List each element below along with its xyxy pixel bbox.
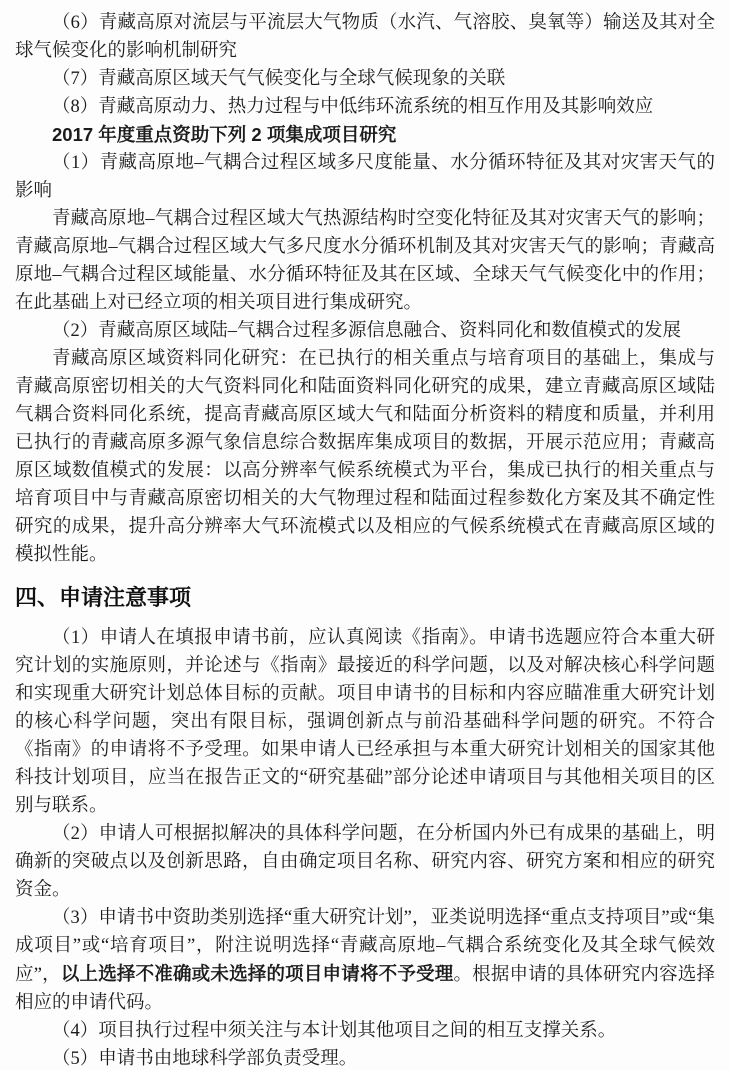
note-paragraph-5: （5）申请书由地球科学部负责受理。 [15,1045,715,1070]
integration-item-1-body: 青藏高原地–气耦合过程区域大气热源结构时空变化特征及其对灾害天气的影响；青藏高原… [15,205,715,317]
note-paragraph-1: （1）申请人在填报申请书前，应认真阅读《指南》。申请书选题应符合本重大研究计划的… [15,624,715,820]
integration-item-1-title: （1）青藏高原地–气耦合过程区域多尺度能量、水分循环特征及其对灾害天气的影响 [15,149,715,205]
section-heading-application-notes: 四、申请注意事项 [15,582,715,613]
note-3-bold-warning: 以上选择不准确或未选择的项目申请将不予受理 [61,963,454,984]
topic-item-7: （7）青藏高原区域天气气候变化与全球气候现象的关联 [15,65,715,93]
note-paragraph-4: （4）项目执行过程中须关注与本计划其他项目之间的相互支撑关系。 [15,1017,715,1045]
note-paragraph-2: （2）申请人可根据拟解决的具体科学问题，在分析国内外已有成果的基础上，明确新的突… [15,820,715,904]
integration-item-2-body: 青藏高原区域资料同化研究：在已执行的相关重点与培育项目的基础上，集成与青藏高原密… [15,345,715,569]
integration-item-2-title: （2）青藏高原区域陆–气耦合过程多源信息融合、资料同化和数值模式的发展 [15,317,715,345]
topic-item-6: （6）青藏高原对流层与平流层大气物质（水汽、气溶胶、臭氧等）输送及其对全球气候变… [15,9,715,65]
integration-projects-heading: 2017 年度重点资助下列 2 项集成项目研究 [15,121,715,149]
note-paragraph-3: （3）申请书中资助类别选择“重大研究计划”，亚类说明选择“重点支持项目”或“集成… [15,904,715,1017]
document-page: （6）青藏高原对流层与平流层大气物质（水汽、气溶胶、臭氧等）输送及其对全球气候变… [0,0,730,1070]
topic-item-8: （8）青藏高原动力、热力过程与中低纬环流系统的相互作用及其影响效应 [15,93,715,121]
